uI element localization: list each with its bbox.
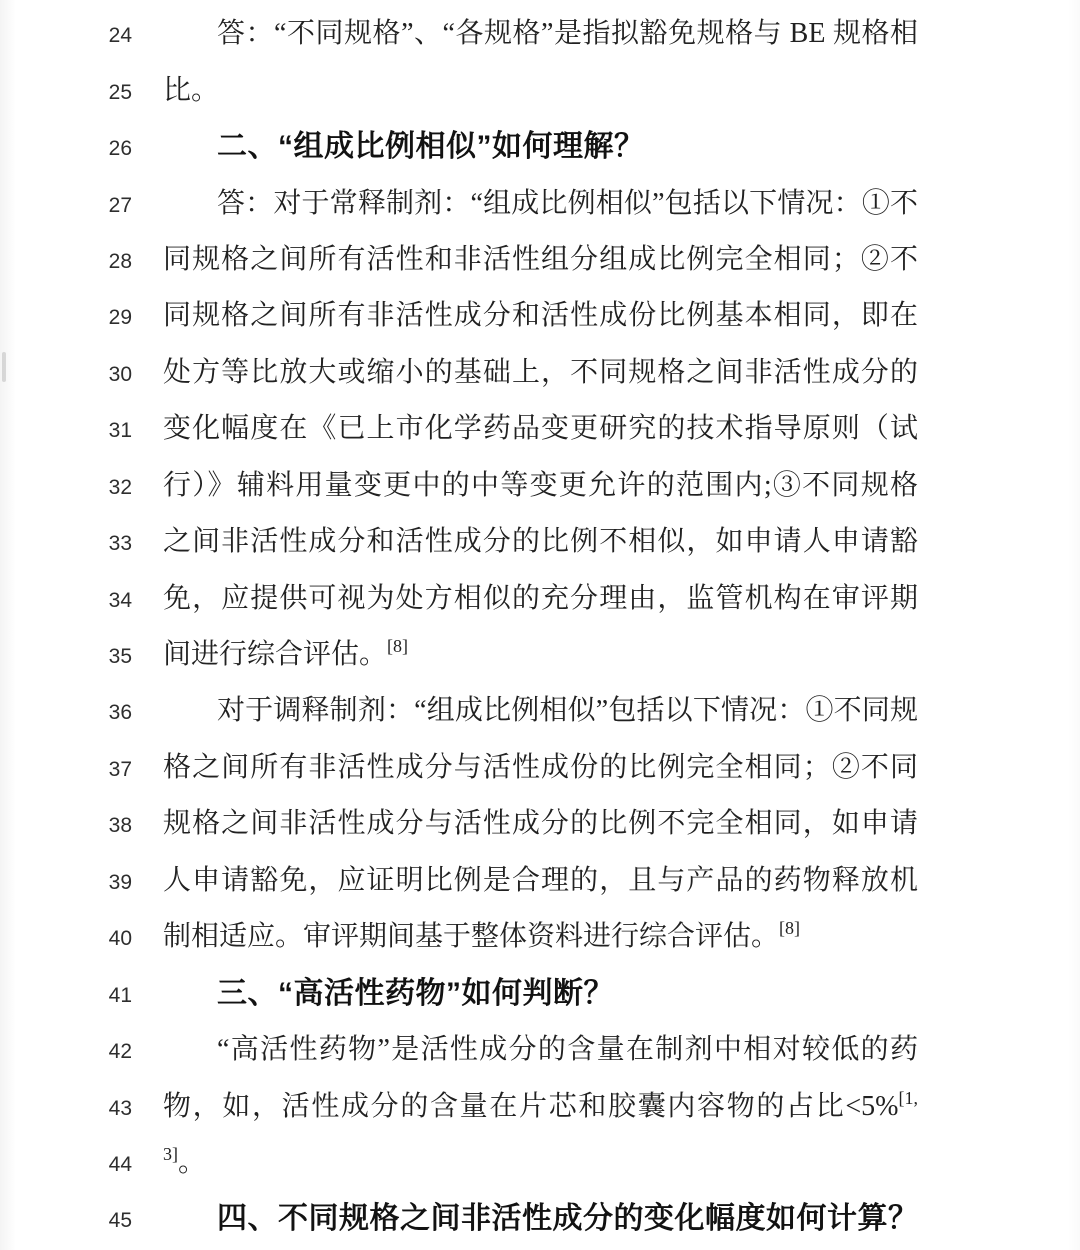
document-line: 28同规格之间所有活性和非活性组分组成比例完全相同；②不 (0, 232, 1080, 288)
text-segment: 。 (178, 1147, 206, 1178)
text-segment: 处方等比放大或缩小的基础上，不同规格之间非活性成分的 (163, 357, 918, 388)
line-text: 制相适应。审评期间基于整体资料进行综合评估。[8] (163, 909, 918, 965)
line-text: 行）》辅料用量变更中的中等变更允许的范围内;③不同规格 (163, 458, 918, 514)
line-number: 26 (0, 135, 132, 159)
footnote-reference: 3] (163, 1144, 178, 1164)
text-segment: 格之间所有非活性成分与活性成份的比例完全相同；②不同 (163, 752, 918, 783)
line-text: 之间非活性成分和活性成分的比例不相似，如申请人申请豁 (163, 514, 918, 570)
document-line: 37格之间所有非活性成分与活性成份的比例完全相同；②不同 (0, 740, 1080, 796)
footnote-reference: [8] (387, 636, 408, 656)
line-number: 31 (0, 417, 132, 441)
line-number: 32 (0, 474, 132, 498)
text-segment: 物，如，活性成分的含量在片芯和胶囊内容物的占比<5% (163, 1091, 899, 1122)
document-heading-line: 45四、不同规格之间非活性成分的变化幅度如何计算？ (0, 1191, 1080, 1247)
text-segment: “高活性药物”是活性成分的含量在制剂中相对较低的药 (217, 1034, 918, 1065)
document-line: 33之间非活性成分和活性成分的比例不相似，如申请人申请豁 (0, 514, 1080, 570)
line-number: 38 (0, 812, 132, 836)
text-segment: 规格之间非活性成分与活性成分的比例不完全相同，如申请 (163, 808, 918, 839)
text-segment: 同规格之间所有活性和非活性组分组成比例完全相同；②不 (163, 244, 918, 275)
document-line: 24答：“不同规格”、“各规格”是指拟豁免规格与 BE 规格相 (0, 6, 1080, 62)
text-segment: 之间非活性成分和活性成分的比例不相似，如申请人申请豁 (163, 526, 918, 557)
scan-artifact (2, 352, 6, 382)
document-page: 24答：“不同规格”、“各规格”是指拟豁免规格与 BE 规格相25比。26二、“… (0, 0, 1080, 1250)
footnote-reference: [1, (899, 1088, 919, 1108)
line-text: “高活性药物”是活性成分的含量在制剂中相对较低的药 (163, 1022, 918, 1078)
document-line: 29同规格之间所有非活性成分和活性成份比例基本相同，即在 (0, 288, 1080, 344)
line-text: 比。 (163, 63, 918, 119)
line-text: 同规格之间所有活性和非活性组分组成比例完全相同；②不 (163, 232, 918, 288)
line-text: 三、“高活性药物”如何判断？ (163, 966, 918, 1022)
document-line: 32行）》辅料用量变更中的中等变更允许的范围内;③不同规格 (0, 458, 1080, 514)
line-number: 33 (0, 530, 132, 554)
line-text: 变化幅度在《已上市化学药品变更研究的技术指导原则（试 (163, 401, 918, 457)
line-number: 37 (0, 756, 132, 780)
line-number: 39 (0, 869, 132, 893)
document-line: 34免，应提供可视为处方相似的充分理由，监管机构在审评期 (0, 570, 1080, 626)
line-number: 44 (0, 1151, 132, 1175)
line-text: 人申请豁免，应证明比例是合理的，且与产品的药物释放机 (163, 853, 918, 909)
text-segment: 四、不同规格之间非活性成分的变化幅度如何计算？ (217, 1202, 919, 1235)
document-line: 38规格之间非活性成分与活性成分的比例不完全相同，如申请 (0, 796, 1080, 852)
document-line: 35间进行综合评估。[8] (0, 627, 1080, 683)
line-number: 35 (0, 643, 132, 667)
text-segment: 间进行综合评估。 (163, 639, 387, 670)
line-text: 规格之间非活性成分与活性成分的比例不完全相同，如申请 (163, 796, 918, 852)
line-text: 间进行综合评估。[8] (163, 627, 918, 683)
text-segment: 制相适应。审评期间基于整体资料进行综合评估。 (163, 921, 779, 952)
footnote-reference: [8] (779, 918, 800, 938)
document-line: 25比。 (0, 62, 1080, 118)
line-number: 24 (0, 22, 132, 46)
text-segment: 同规格之间所有非活性成分和活性成份比例基本相同，即在 (163, 300, 918, 331)
text-segment: 人申请豁免，应证明比例是合理的，且与产品的药物释放机 (163, 865, 918, 896)
document-line: 27答：对于常释制剂：“组成比例相似”包括以下情况：①不 (0, 175, 1080, 231)
line-number: 34 (0, 587, 132, 611)
document-line: 31变化幅度在《已上市化学药品变更研究的技术指导原则（试 (0, 401, 1080, 457)
text-segment: 答：“不同规格”、“各规格”是指拟豁免规格与 BE 规格相 (217, 18, 918, 49)
line-number: 40 (0, 925, 132, 949)
line-text: 同规格之间所有非活性成分和活性成份比例基本相同，即在 (163, 288, 918, 344)
document-line: 42“高活性药物”是活性成分的含量在制剂中相对较低的药 (0, 1022, 1080, 1078)
text-segment: 比。 (163, 75, 219, 106)
line-text: 免，应提供可视为处方相似的充分理由，监管机构在审评期 (163, 571, 918, 627)
document-line: 30处方等比放大或缩小的基础上，不同规格之间非活性成分的 (0, 345, 1080, 401)
document-line: 40制相适应。审评期间基于整体资料进行综合评估。[8] (0, 909, 1080, 965)
line-text: 二、“组成比例相似”如何理解？ (163, 119, 918, 175)
line-text: 答：“不同规格”、“各规格”是指拟豁免规格与 BE 规格相 (163, 6, 918, 62)
line-number: 42 (0, 1038, 132, 1062)
document-line: 36对于调释制剂：“组成比例相似”包括以下情况：①不同规 (0, 683, 1080, 739)
text-segment: 二、“组成比例相似”如何理解？ (217, 130, 645, 163)
line-number: 41 (0, 982, 132, 1006)
line-text: 对于调释制剂：“组成比例相似”包括以下情况：①不同规 (163, 683, 918, 739)
document-line: 39人申请豁免，应证明比例是合理的，且与产品的药物释放机 (0, 853, 1080, 909)
text-segment: 三、“高活性药物”如何判断？ (217, 977, 614, 1010)
document-heading-line: 41三、“高活性药物”如何判断？ (0, 965, 1080, 1021)
line-text: 物，如，活性成分的含量在片芯和胶囊内容物的占比<5%[1, (163, 1079, 918, 1135)
text-segment: 变化幅度在《已上市化学药品变更研究的技术指导原则（试 (163, 413, 918, 444)
line-number: 27 (0, 192, 132, 216)
line-text: 处方等比放大或缩小的基础上，不同规格之间非活性成分的 (163, 345, 918, 401)
line-number: 29 (0, 304, 132, 328)
line-number: 30 (0, 361, 132, 385)
line-text: 答：对于常释制剂：“组成比例相似”包括以下情况：①不 (163, 176, 918, 232)
text-segment: 答：对于常释制剂：“组成比例相似”包括以下情况：①不 (217, 188, 918, 219)
document-line: 43物，如，活性成分的含量在片芯和胶囊内容物的占比<5%[1, (0, 1078, 1080, 1134)
line-number: 28 (0, 248, 132, 272)
line-number: 45 (0, 1207, 132, 1231)
text-segment: 行）》辅料用量变更中的中等变更允许的范围内;③不同规格 (163, 470, 918, 501)
document-line: 443]。 (0, 1135, 1080, 1191)
text-segment: 对于调释制剂：“组成比例相似”包括以下情况：①不同规 (217, 695, 918, 726)
line-text: 格之间所有非活性成分与活性成份的比例完全相同；②不同 (163, 740, 918, 796)
document-heading-line: 26二、“组成比例相似”如何理解？ (0, 119, 1080, 175)
line-text: 四、不同规格之间非活性成分的变化幅度如何计算？ (163, 1191, 918, 1247)
text-segment: 免，应提供可视为处方相似的充分理由，监管机构在审评期 (163, 583, 918, 614)
line-number: 36 (0, 699, 132, 723)
line-text: 3]。 (163, 1135, 918, 1191)
line-number: 25 (0, 79, 132, 103)
line-number: 43 (0, 1095, 132, 1119)
